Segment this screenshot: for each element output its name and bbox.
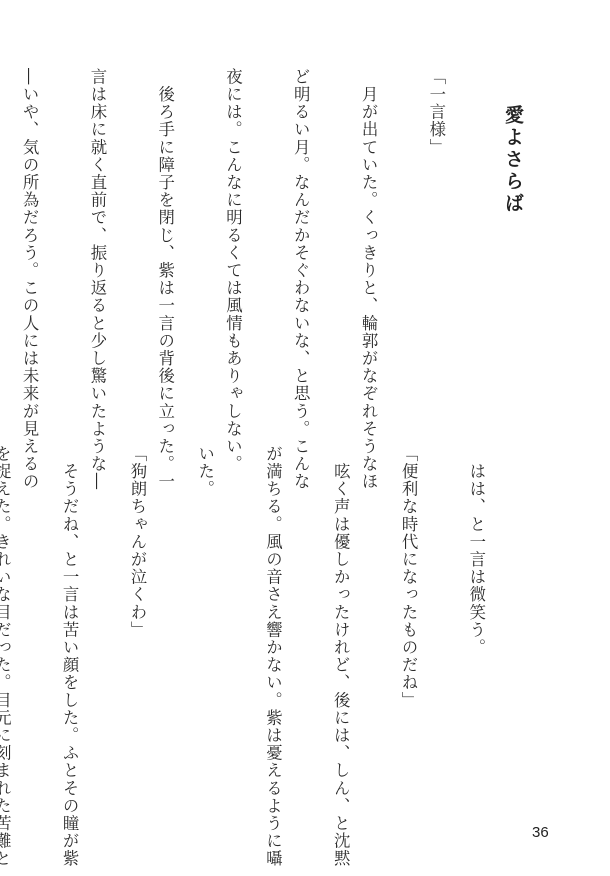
text-column: 夜には。こんなに明るくては風情もありゃしない。 — [221, 68, 244, 408]
text-column: 後ろ手に障子を閉じ、紫は一言の背後に立った。一 — [153, 68, 176, 408]
text-column: 「便利な時代になったものだね」 — [396, 445, 419, 805]
text-column: 月が出ていた。くっきりと、輪郭がなぞれそうなほ — [356, 68, 379, 408]
text-column: が満ちる。風の音さえ響かない。紫は憂えるように囁 — [261, 445, 284, 805]
text-column: はは、と一言は微笑う。 — [464, 445, 487, 805]
text-column: 呟く声は優しかったけれど、後には、しん、と沈黙 — [329, 445, 352, 805]
text-column: ど明るい月。なんだかそぐわないな、と思う。こんな — [289, 68, 312, 408]
text-column: 「狗朗ちゃんが泣くわ」 — [125, 445, 148, 805]
text-column: そうだね、と一言は苦い顔をした。ふとその瞳が紫 — [58, 445, 81, 805]
text-column: 「一言様」 — [424, 68, 447, 408]
page-number: 36 — [532, 824, 549, 841]
lower-text-block: はは、と一言は微笑う。 「便利な時代になったものだね」 呟く声は優しかったけれど… — [0, 445, 532, 805]
text-column: ―いや、気の所為だろう。この人には未来が見えるの — [18, 68, 41, 408]
text-column: いた。 — [193, 445, 216, 805]
text-column: 言は床に就く直前で、振り返ると少し驚いたような― — [85, 68, 108, 408]
text-column: を捉えた。きれいな目だった。目元に刻まれた苦難と — [0, 445, 12, 805]
novel-page: 愛よさらば 「一言様」 月が出ていた。くっきりと、輪郭がなぞれそうなほ ど明るい… — [0, 0, 610, 876]
upper-text-block: 「一言様」 月が出ていた。くっきりと、輪郭がなぞれそうなほ ど明るい月。なんだか… — [0, 68, 492, 408]
chapter-title: 愛よさらば — [500, 105, 527, 215]
